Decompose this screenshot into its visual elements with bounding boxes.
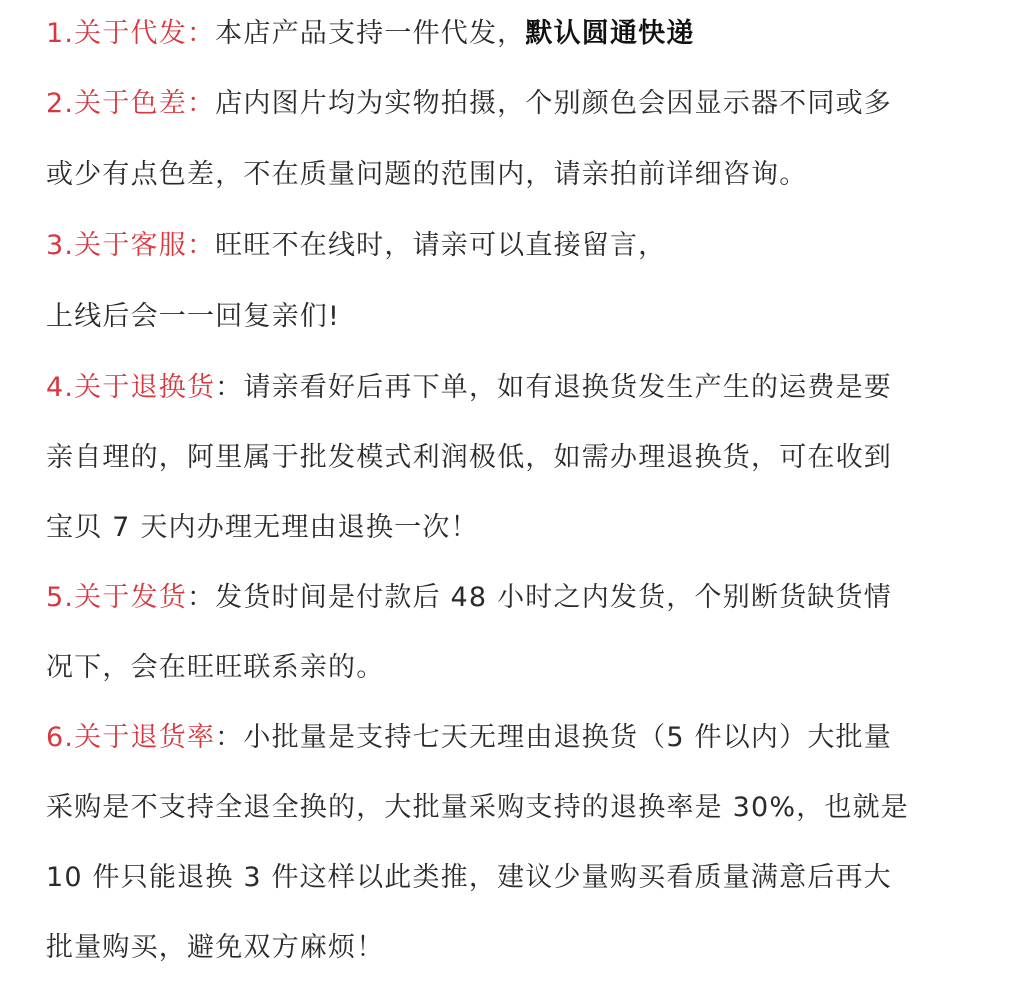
- section-text: 批量购买，避免双方麻烦！: [46, 932, 384, 963]
- section-heading: 2.关于色差：: [46, 88, 215, 119]
- section-text: 上线后会一一回复亲们!: [46, 301, 340, 332]
- section-heading: 3.关于客服：: [46, 230, 215, 261]
- section-colon: ：: [187, 582, 215, 613]
- section-text: 本店产品支持一件代发，: [215, 18, 525, 49]
- section-dropship: 1.关于代发：本店产品支持一件代发，默认圆通快递: [46, 16, 695, 52]
- section-shipping: 5.关于发货：发货时间是付款后 48 小时之内发货，个别断货缺货情: [46, 580, 892, 616]
- section-text: 旺旺不在线时，请亲可以直接留言，: [215, 230, 666, 261]
- section-text: 店内图片均为实物拍摄，个别颜色会因显示器不同或多: [215, 88, 892, 119]
- default-courier-emphasis: 默认圆通快递: [525, 18, 694, 49]
- section-color-difference-cont: 或少有点色差，不在质量问题的范围内，请亲拍前详细咨询。: [46, 157, 807, 193]
- section-returns-exchanges-cont: 亲自理的，阿里属于批发模式利润极低，如需办理退换货，可在收到: [46, 440, 892, 476]
- section-customer-service-cont: 上线后会一一回复亲们!: [46, 299, 340, 335]
- section-returns-exchanges: 4.关于退换货：请亲看好后再下单，如有退换货发生产生的运费是要: [46, 370, 892, 406]
- section-return-rate-cont: 采购是不支持全退全换的，大批量采购支持的退换率是 30%，也就是: [46, 790, 909, 826]
- section-text: 亲自理的，阿里属于批发模式利润极低，如需办理退换货，可在收到: [46, 442, 892, 473]
- section-colon: ：: [215, 372, 243, 403]
- section-return-rate: 6.关于退货率：小批量是支持七天无理由退换货（5 件以内）大批量: [46, 720, 892, 756]
- section-shipping-cont: 况下，会在旺旺联系亲的。: [46, 650, 384, 686]
- section-return-rate-cont: 批量购买，避免双方麻烦！: [46, 930, 384, 966]
- section-heading: 4.关于退换货: [46, 372, 215, 403]
- section-return-rate-cont: 10 件只能退换 3 件这样以此类推，建议少量购买看质量满意后再大: [46, 860, 892, 896]
- section-heading: 1.关于代发：: [46, 18, 215, 49]
- section-returns-exchanges-cont: 宝贝 7 天内办理无理由退换一次！: [46, 510, 479, 546]
- section-heading: 6.关于退货率: [46, 722, 215, 753]
- section-text: 采购是不支持全退全换的，大批量采购支持的退换率是 30%，也就是: [46, 792, 909, 823]
- section-text: 小批量是支持七天无理由退换货（5 件以内）大批量: [243, 722, 892, 753]
- section-text: 宝贝 7 天内办理无理由退换一次！: [46, 512, 479, 543]
- section-text: 况下，会在旺旺联系亲的。: [46, 652, 384, 683]
- section-color-difference: 2.关于色差：店内图片均为实物拍摄，个别颜色会因显示器不同或多: [46, 86, 892, 122]
- section-customer-service: 3.关于客服：旺旺不在线时，请亲可以直接留言，: [46, 228, 666, 264]
- section-text: 请亲看好后再下单，如有退换货发生产生的运费是要: [243, 372, 892, 403]
- section-text: 10 件只能退换 3 件这样以此类推，建议少量购买看质量满意后再大: [46, 862, 892, 893]
- section-text: 发货时间是付款后 48 小时之内发货，个别断货缺货情: [215, 582, 892, 613]
- section-text: 或少有点色差，不在质量问题的范围内，请亲拍前详细咨询。: [46, 159, 807, 190]
- section-heading: 5.关于发货: [46, 582, 187, 613]
- section-colon: ：: [215, 722, 243, 753]
